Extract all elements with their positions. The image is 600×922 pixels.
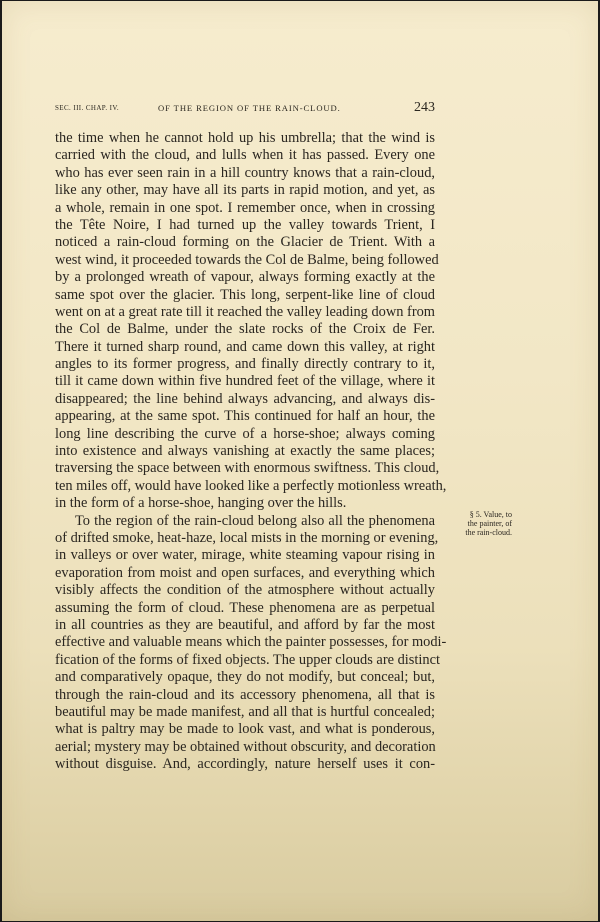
paragraph-end-line: in the form of a horse-shoe, hanging ove… <box>55 495 435 512</box>
text-line: noticed a rain-cloud forming on the Glac… <box>55 234 435 251</box>
margin-note-line: the painter, of <box>442 519 512 528</box>
margin-note: § 5. Value, to the painter, of the rain-… <box>442 510 512 538</box>
text-line: angles to its former progress, and final… <box>55 356 435 373</box>
text-line: like any other, may have all its parts i… <box>55 182 435 199</box>
text-line: the time when he cannot hold up his umbr… <box>55 130 435 147</box>
text-line: by a prolonged wreath of vapour, always … <box>55 269 435 286</box>
text-line: There it turned sharp round, and came do… <box>55 339 435 356</box>
text-line: appearing, at the same spot. This contin… <box>55 408 435 425</box>
text-line: and comparatively opaque, they do not mo… <box>55 669 435 686</box>
text-line: into existence and always vanishing at e… <box>55 443 435 460</box>
text-line: a whole, remain in one spot. I remember … <box>55 200 435 217</box>
margin-note-line: the rain-cloud. <box>442 528 512 537</box>
text-line: effective and valuable means which the p… <box>55 634 435 651</box>
running-head-section: Sec. III. Chap. IV. <box>55 104 119 112</box>
text-line: the Tête Noire, I had turned up the vall… <box>55 217 435 234</box>
margin-note-line: § 5. Value, to <box>442 510 512 519</box>
text-line: aerial; mystery may be obtained without … <box>55 739 435 756</box>
text-line: without disguise. And, accordingly, natu… <box>55 756 435 773</box>
text-line: what is paltry may be made to look vast,… <box>55 721 435 738</box>
text-line: beautiful may be made manifest, and all … <box>55 704 435 721</box>
text-line: in valleys or over water, mirage, white … <box>55 547 435 564</box>
text-line: evaporation from moist and open surfaces… <box>55 565 435 582</box>
text-line: fication of the forms of fixed objects. … <box>55 652 435 669</box>
text-line: west wind, it proceeded towards the Col … <box>55 252 435 269</box>
running-head: Sec. III. Chap. IV. Of the Region of the… <box>55 102 435 116</box>
text-line: in all countries as they are beautiful, … <box>55 617 435 634</box>
book-page: Sec. III. Chap. IV. Of the Region of the… <box>2 1 598 921</box>
text-line: till it came down within five hundred fe… <box>55 373 435 390</box>
text-line: who has ever seen rain in a hill country… <box>55 165 435 182</box>
text-line: long line describing the curve of a hors… <box>55 426 435 443</box>
page-number: 243 <box>414 100 435 116</box>
running-head-title: Of the Region of the Rain-Cloud. <box>158 103 341 113</box>
text-line: same spot over the glacier. This long, s… <box>55 287 435 304</box>
text-line: traversing the space between with enormo… <box>55 460 435 477</box>
text-line: the Col de Balme, under the slate rocks … <box>55 321 435 338</box>
text-line: carried with the cloud, and lulls when i… <box>55 147 435 164</box>
text-line: went on at a great rate till it reached … <box>55 304 435 321</box>
text-line: assuming the form of cloud. These phenom… <box>55 600 435 617</box>
text-line: visibly affects the condition of the atm… <box>55 582 435 599</box>
text-line: of drifted smoke, heat-haze, local mists… <box>55 530 435 547</box>
body-text: the time when he cannot hold up his umbr… <box>55 130 435 773</box>
text-line: ten miles off, would have looked like a … <box>55 478 435 495</box>
text-line: through the rain-cloud and its accessory… <box>55 687 435 704</box>
paragraph-start-line: To the region of the rain-cloud belong a… <box>55 513 435 530</box>
text-line: disappeared; the line behind always adva… <box>55 391 435 408</box>
